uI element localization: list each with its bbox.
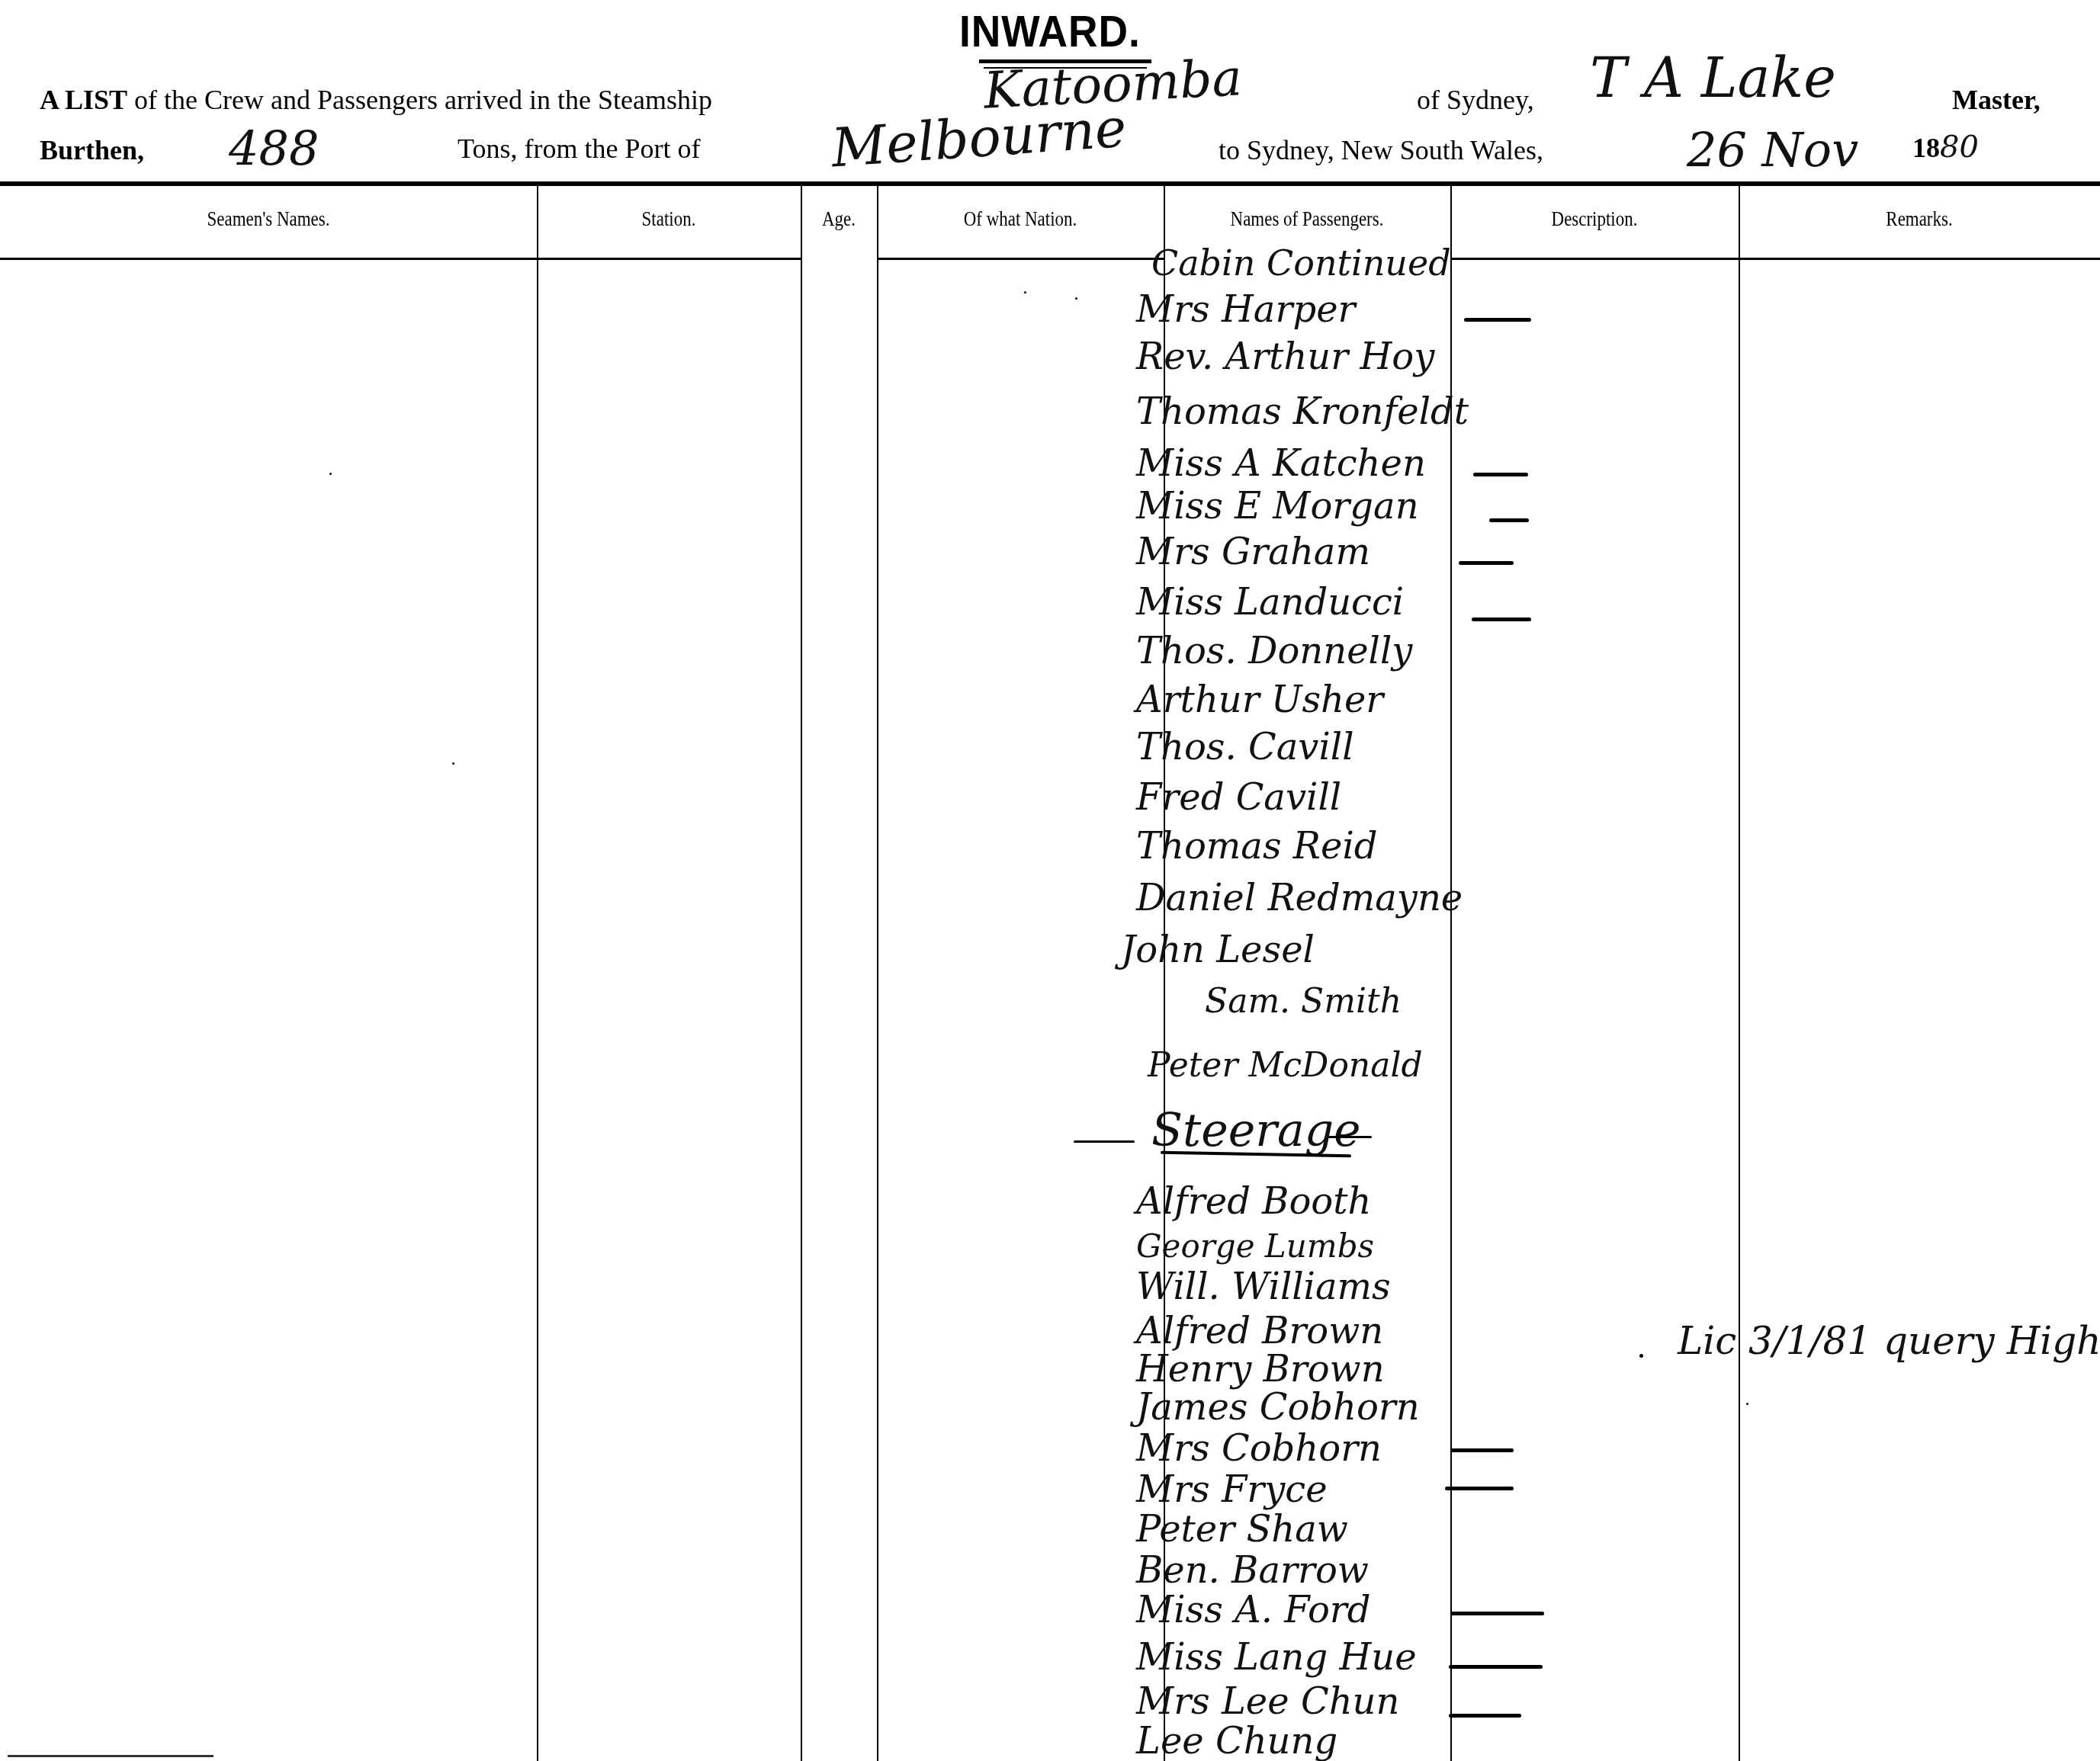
passenger-name: Peter McDonald [1148, 1046, 1423, 1085]
passenger-name: John Lesel [1121, 929, 1315, 971]
header-bottom-rule [1740, 258, 2100, 260]
column-divider [801, 184, 802, 1761]
description-dash-mark [1489, 518, 1529, 522]
list-intro: A LIST of the Crew and Passengers arrive… [40, 84, 712, 116]
passenger-name: Mrs Harper [1136, 288, 1355, 331]
description-dash-mark [1450, 1612, 1544, 1615]
burthen-value-field[interactable]: 488 [229, 120, 319, 176]
remark-bullet [1639, 1354, 1643, 1358]
column-header-seamen-names: Seamen's Names. [40, 207, 496, 231]
arrival-date-field[interactable]: 26 Nov [1687, 122, 1858, 178]
scan-speck [1024, 291, 1026, 293]
list-intro-bold: A LIST [40, 85, 127, 115]
passenger-name: Miss A. Ford [1136, 1589, 1370, 1631]
passenger-name: Lee Chung [1136, 1720, 1337, 1761]
header-bottom-rule [878, 258, 1164, 260]
scan-speck [1746, 1403, 1748, 1405]
steerage-left-rule [1074, 1140, 1135, 1143]
description-dash-mark [1445, 1487, 1514, 1490]
year-printed: 18 [1912, 133, 1940, 163]
column-header-remarks: Remarks. [1766, 207, 2073, 231]
master-name-field[interactable]: T A Lake [1590, 46, 1836, 110]
passenger-name: James Cobhorn [1136, 1386, 1420, 1429]
passenger-name: Ben. Barrow [1136, 1549, 1369, 1592]
of-port-label: of Sydney, [1417, 84, 1534, 116]
document-title: INWARD. [959, 6, 1141, 57]
column-header-station: Station. [557, 207, 781, 231]
scan-speck [329, 473, 332, 475]
scan-speck [452, 762, 454, 765]
description-dash-mark [1449, 1665, 1543, 1669]
scan-speck [1075, 297, 1077, 300]
column-header-age: Age. [807, 207, 872, 231]
passenger-name: Arthur Usher [1136, 678, 1383, 721]
passenger-name: Thos. Donnelly [1136, 630, 1412, 672]
burthen-label: Burthen, [40, 135, 144, 165]
passenger-name: Mrs Cobhorn [1136, 1427, 1382, 1470]
passenger-name: Thomas Kronfeldt [1136, 390, 1469, 433]
destination-label: to Sydney, New South Wales, [1219, 134, 1543, 166]
tons-from-port-label: Tons, from the Port of [458, 133, 700, 165]
description-dash-mark [1473, 473, 1528, 476]
section-heading-cabin: Cabin Continued [1151, 242, 1451, 284]
passenger-name: Mrs Lee Chun [1136, 1680, 1399, 1723]
passenger-name: Miss Landucci [1136, 581, 1404, 624]
passenger-name: Peter Shaw [1136, 1508, 1348, 1551]
passenger-name: Miss A Katchen [1136, 442, 1426, 485]
description-dash-mark [1449, 1714, 1521, 1718]
passenger-name: Thos. Cavill [1136, 726, 1354, 768]
description-dash-mark [1459, 561, 1514, 565]
passenger-name: Mrs Graham [1136, 531, 1370, 573]
from-port-field[interactable]: Melbourne [830, 97, 1129, 180]
header-top-rule [0, 181, 2100, 186]
passenger-name: Fred Cavill [1136, 776, 1341, 819]
list-intro-text: of the Crew and Passengers arrived in th… [134, 85, 712, 115]
passenger-name: Alfred Brown [1136, 1310, 1383, 1352]
description-dash-mark [1464, 318, 1531, 322]
passenger-name: Miss Lang Hue [1136, 1636, 1417, 1679]
header-bottom-rule [1452, 258, 1739, 260]
header-bottom-rule [538, 258, 801, 260]
passenger-name: Alfred Booth [1136, 1180, 1371, 1223]
passenger-name: Mrs Fryce [1136, 1468, 1328, 1511]
passenger-name: Thomas Reid [1136, 825, 1377, 868]
passenger-name: Rev. Arthur Hoy [1136, 335, 1434, 378]
master-label: Master, [1952, 85, 2041, 115]
remark-note: Lic 3/1/81 query High [1678, 1319, 2100, 1363]
column-header-nation: Of what Nation. [898, 207, 1142, 231]
passenger-name: Henry Brown [1136, 1348, 1385, 1391]
column-divider [537, 184, 538, 1761]
description-dash-mark [1451, 1448, 1514, 1452]
steerage-right-rule [1328, 1136, 1372, 1138]
description-dash-mark [1472, 617, 1531, 621]
passenger-name: George Lumbs [1136, 1227, 1374, 1265]
header-bottom-rule [0, 258, 537, 260]
year-written-field[interactable]: 80 [1940, 130, 1979, 165]
passenger-name: Sam. Smith [1205, 982, 1402, 1021]
scan-artifact-bottom [8, 1755, 214, 1757]
passenger-name: Miss E Morgan [1136, 485, 1419, 528]
passenger-name: Will. Williams [1136, 1265, 1391, 1308]
column-divider [877, 184, 878, 1761]
column-divider [1739, 184, 1740, 1761]
column-header-description: Description. [1472, 207, 1716, 231]
column-header-passenger-names: Names of Passengers. [1185, 207, 1429, 231]
section-heading-steerage: Steerage [1151, 1104, 1361, 1157]
passenger-name: Daniel Redmayne [1136, 877, 1463, 919]
